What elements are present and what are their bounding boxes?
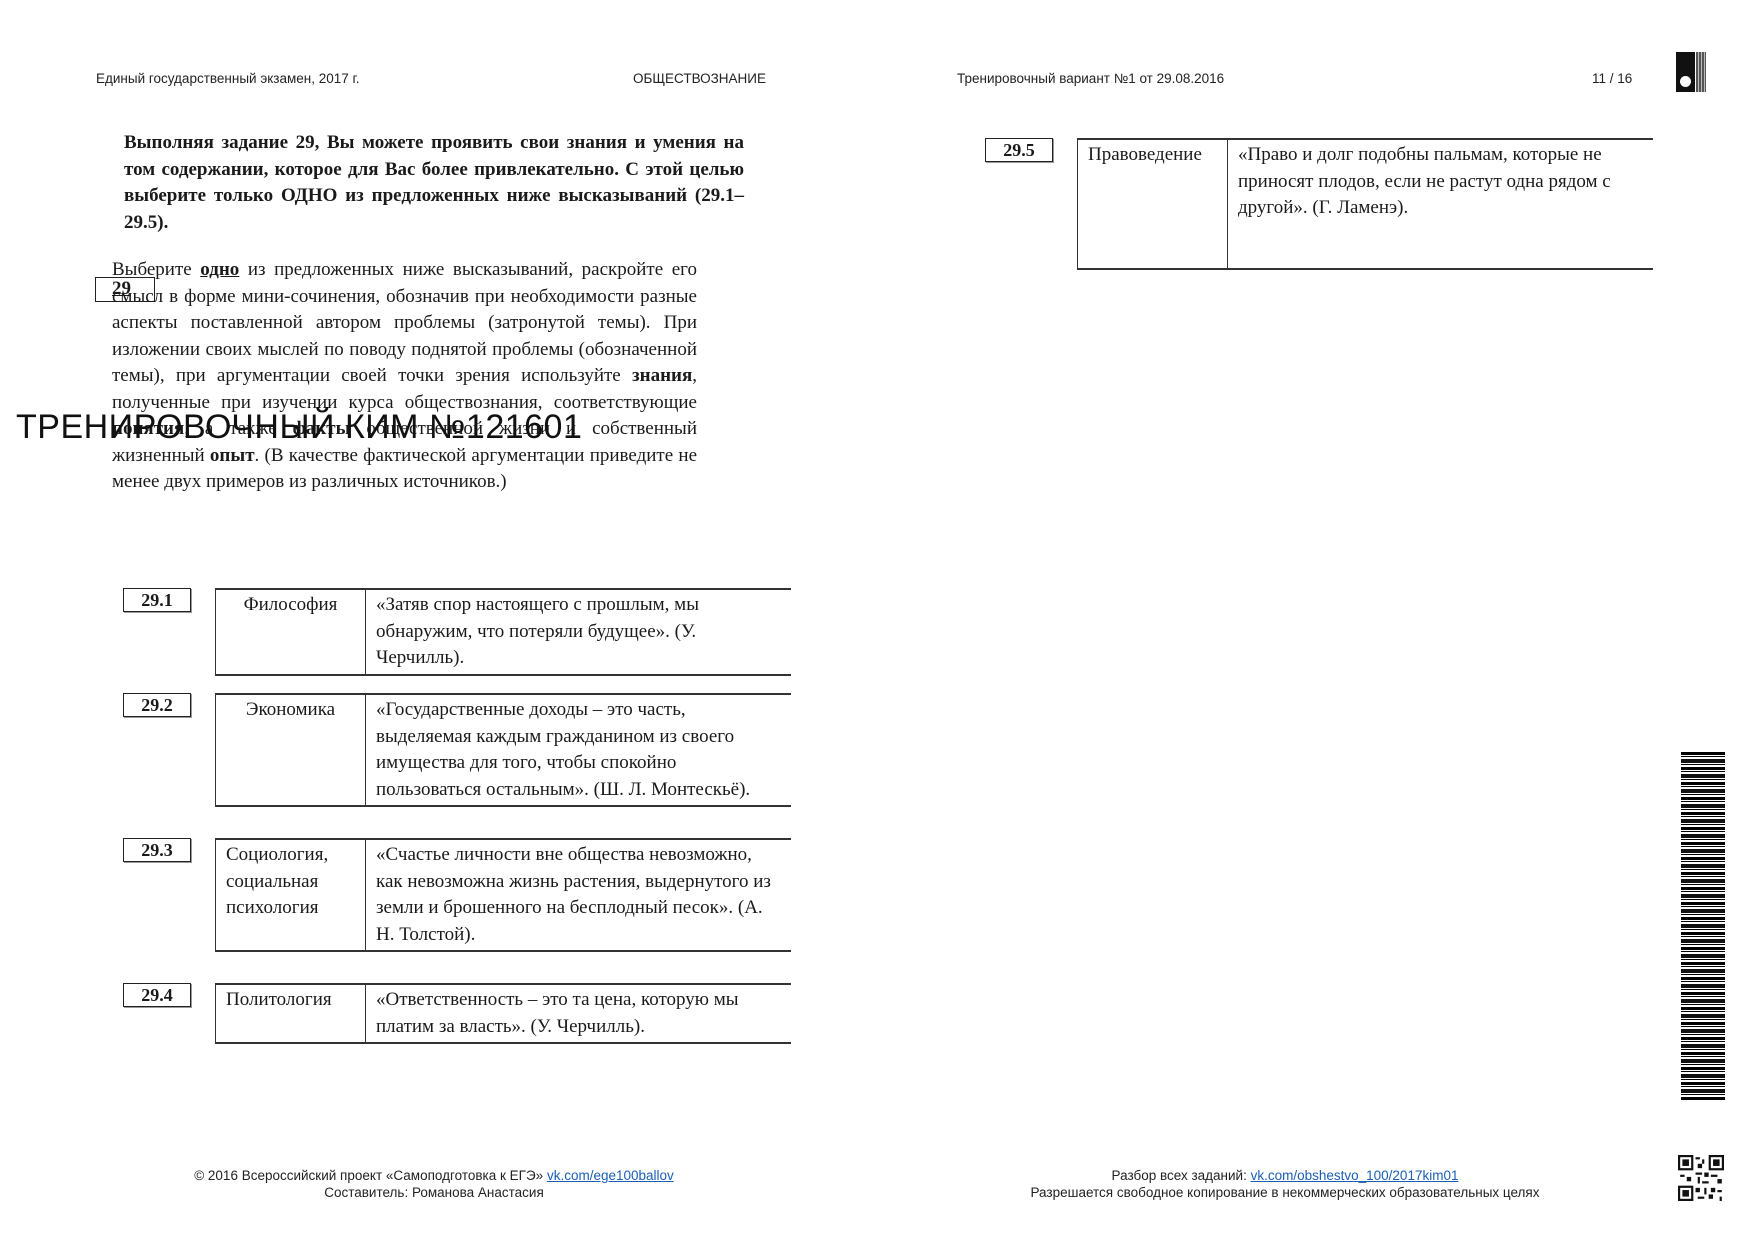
topic-quote: «Государственные доходы – это часть, выд…	[366, 695, 791, 805]
task-instruction: Выберите одно из предложенных ниже выска…	[112, 257, 697, 496]
topic-subject: Правоведение	[1078, 140, 1228, 268]
footer-left: © 2016 Всероссийский проект «Самоподгото…	[174, 1167, 694, 1201]
topic-quote: «Ответственность – это та цена, которую …	[366, 985, 791, 1042]
topic-number: 29.1	[123, 588, 191, 612]
barcode-icon	[1681, 752, 1725, 1100]
author-text: Составитель: Романова Анастасия	[174, 1184, 694, 1201]
topic-number: 29.4	[123, 983, 191, 1007]
topic-quote: «Затяв спор настоящего с прошлым, мы обн…	[366, 590, 791, 674]
footer-right: Разбор всех заданий: vk.com/obshestvo_10…	[1010, 1167, 1560, 1201]
solutions-link[interactable]: vk.com/obshestvo_100/2017kim01	[1251, 1168, 1459, 1183]
topic-subject: Философия	[216, 590, 366, 674]
topic-quote: «Право и долг подобны пальмам, которые н…	[1228, 140, 1653, 268]
task-number: 29	[112, 278, 131, 300]
page-number: 11 / 16	[1592, 71, 1632, 86]
license-text: Разрешается свободное копирование в неко…	[1010, 1184, 1560, 1201]
topic-number: 29.5	[985, 138, 1053, 162]
topic-subject: Социология, социальная психология	[216, 840, 366, 950]
task-intro: Выполняя задание 29, Вы можете проявить …	[124, 130, 744, 236]
exam-title: Единый государственный экзамен, 2017 г.	[96, 71, 360, 86]
solutions-label: Разбор всех заданий:	[1112, 1168, 1251, 1183]
topic-number: 29.2	[123, 693, 191, 717]
topic-subject: Политология	[216, 985, 366, 1042]
variant-label: Тренировочный вариант №1 от 29.08.2016	[957, 71, 1224, 86]
topic-quote: «Счастье личности вне общества невозможн…	[366, 840, 791, 950]
subject-title: ОБЩЕСТВОЗНАНИЕ	[633, 71, 766, 86]
watermark: ТРЕНИРОВОЧНЫЙ КИМ №121601	[16, 408, 582, 447]
copyright-text: © 2016 Всероссийский проект «Самоподгото…	[194, 1168, 547, 1183]
book-logo-icon	[1676, 52, 1706, 92]
topic-number: 29.3	[123, 838, 191, 862]
qr-code-icon	[1678, 1155, 1724, 1201]
topic-subject: Экономика	[216, 695, 366, 805]
vk-project-link[interactable]: vk.com/ege100ballov	[547, 1168, 674, 1183]
